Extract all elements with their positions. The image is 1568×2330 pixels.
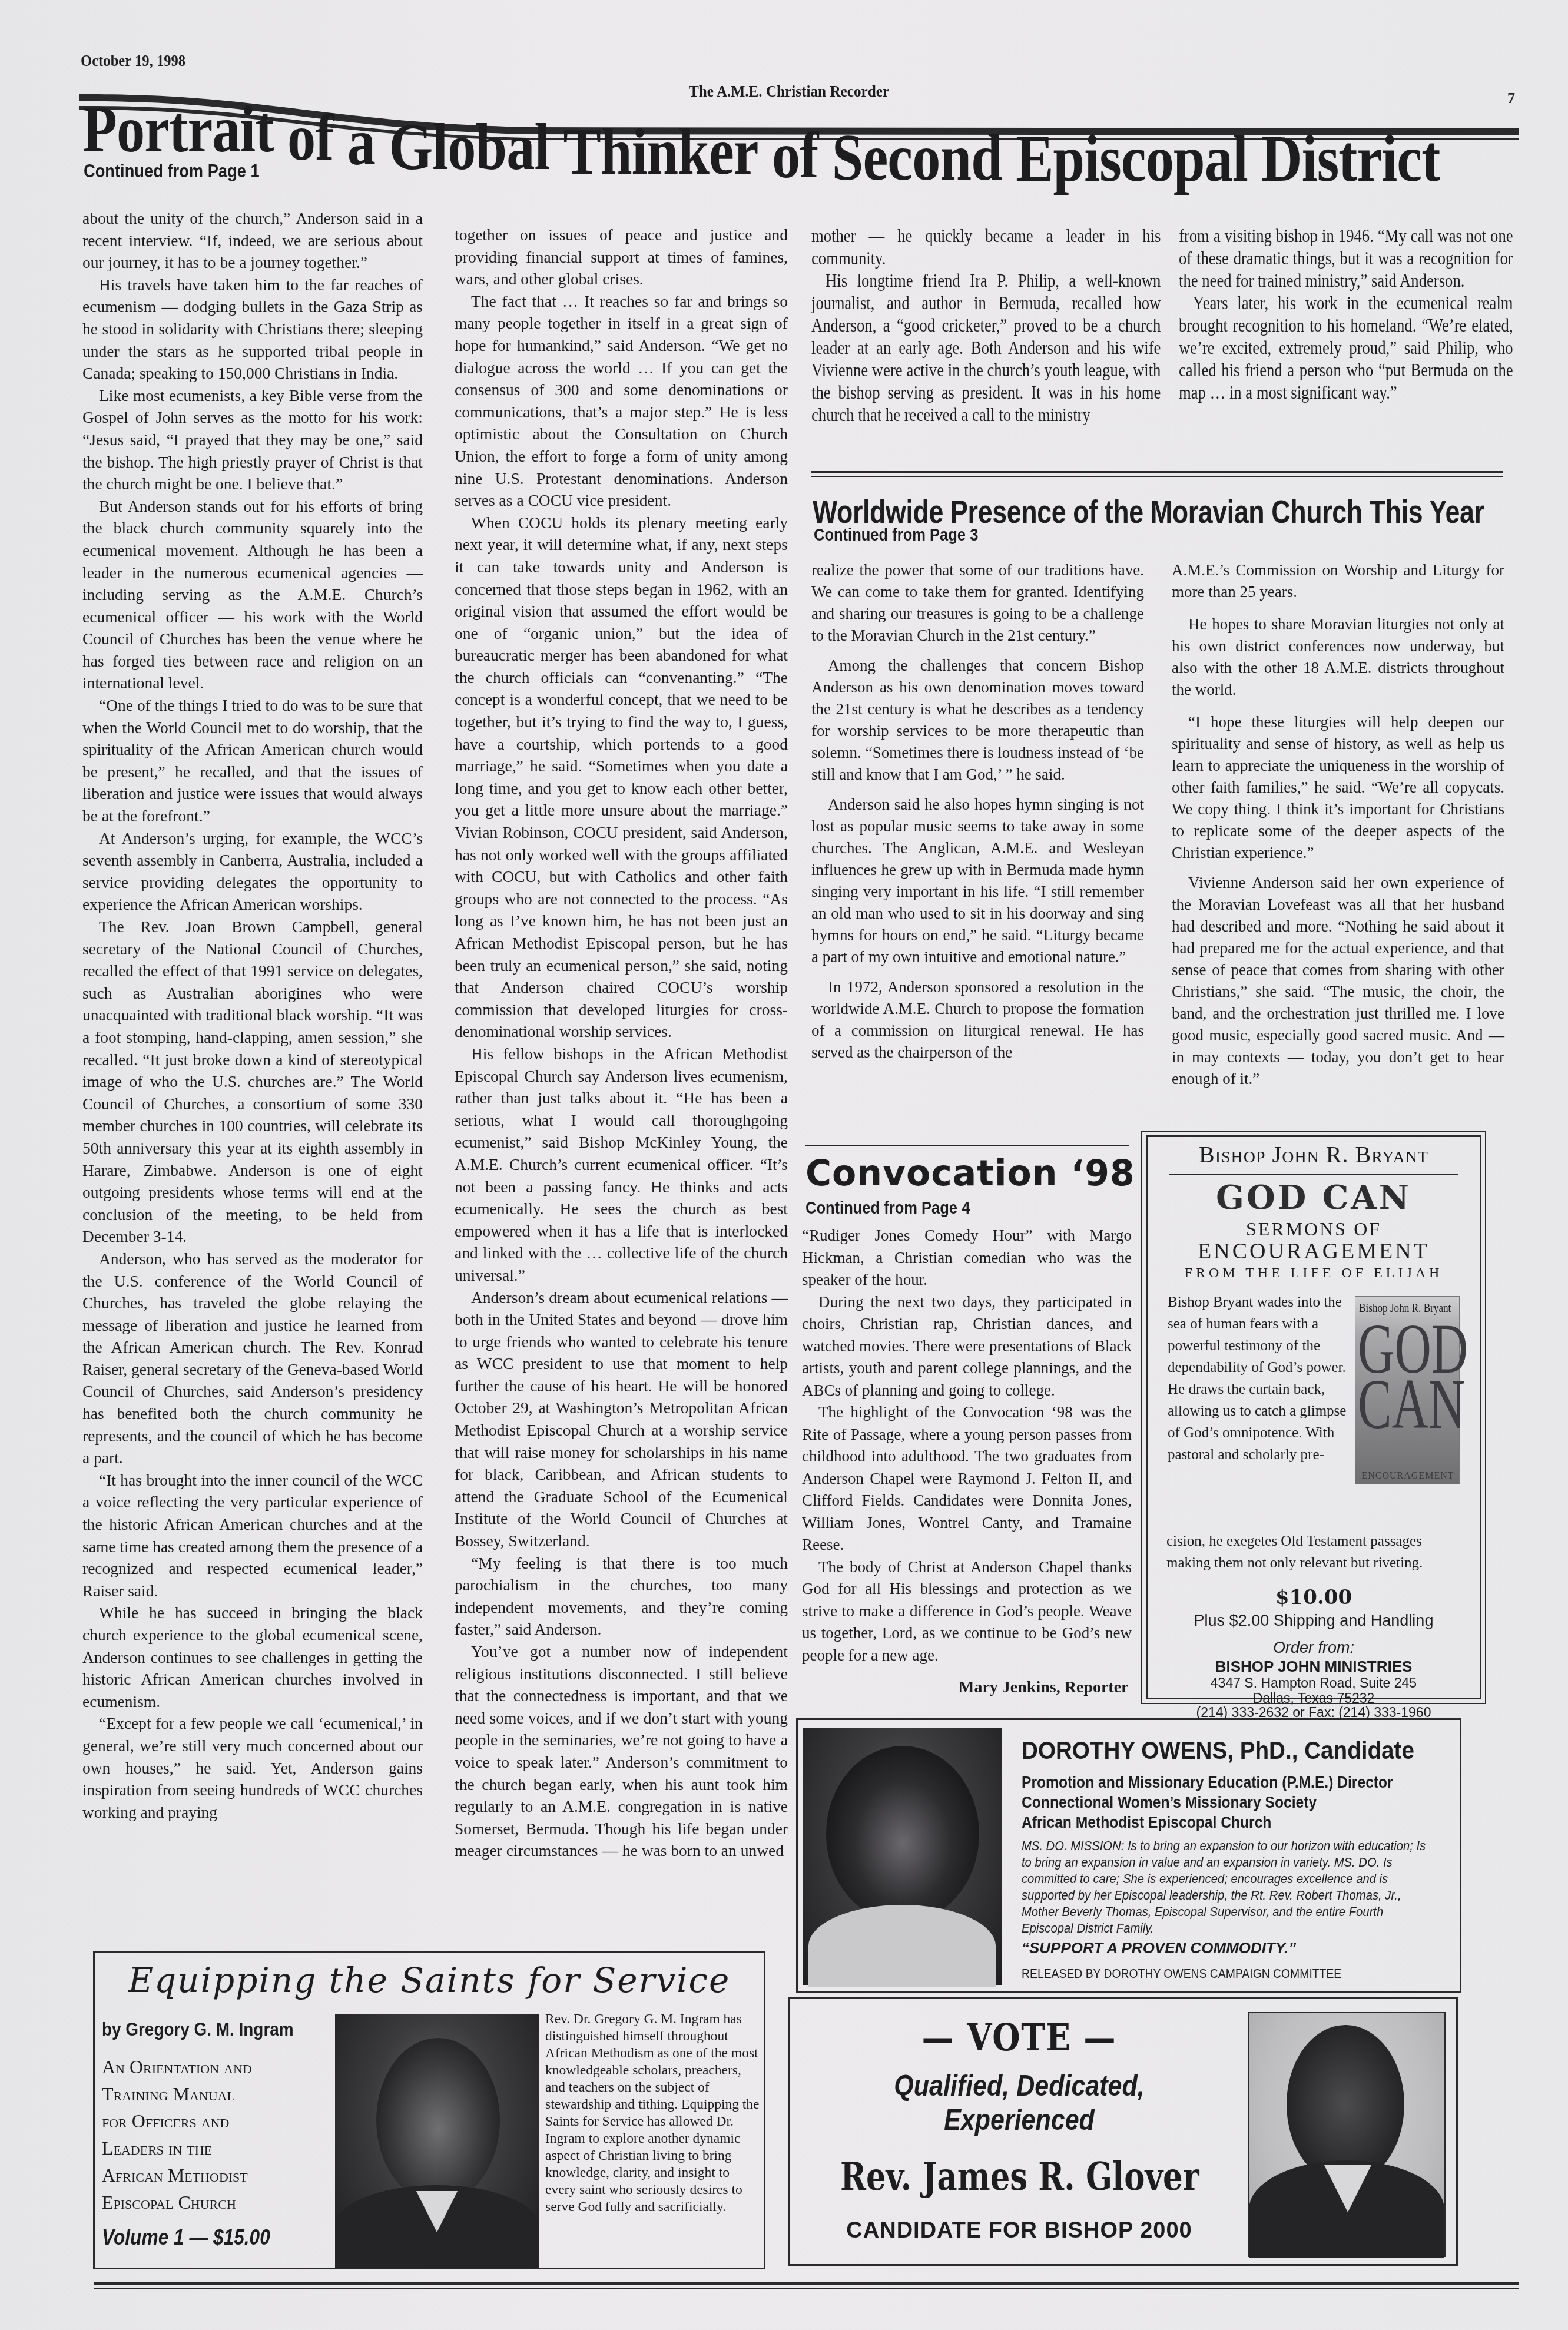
ad-order-label: Order from:	[1148, 1639, 1480, 1657]
newspaper-page: October 19, 1998 The A.M.E. Christian Re…	[0, 0, 1568, 2330]
owens-released-by: RELEASED BY DOROTHY OWENS CAMPAIGN COMMI…	[1022, 1966, 1341, 1981]
convocation-headline: Convocation ‘98	[805, 1153, 1135, 1194]
ad-subtitle-1: SERMONS OF	[1148, 1218, 1480, 1240]
ingram-subtitle-line: Episcopal Church	[102, 2189, 314, 2216]
paragraph: But Anderson stands out for his efforts …	[82, 495, 423, 694]
paragraph: A.M.E.’s Commission on Worship and Litur…	[1172, 559, 1504, 603]
headline-word: Global	[389, 114, 549, 180]
book-cover-title: GOD CAN	[1358, 1321, 1430, 1431]
footer-rule	[94, 2282, 1519, 2285]
paragraph: about the unity of the church,” Anderson…	[82, 207, 423, 274]
ingram-bio: Rev. Dr. Gregory G. M. Ingram has distin…	[545, 2011, 760, 2216]
paragraph: from a visiting bishop in 1946. “My call…	[1179, 225, 1513, 292]
paragraph: In 1972, Anderson sponsored a resolution…	[811, 976, 1144, 1063]
moravian-column-1: realize the power that some of our tradi…	[811, 559, 1144, 1063]
main-article-column-1: about the unity of the church,” Anderson…	[82, 207, 423, 1823]
paragraph: The Rev. Joan Brown Campbell, general se…	[82, 916, 423, 1248]
headline-word: Portrait	[82, 97, 274, 163]
section-divider	[811, 476, 1503, 477]
ingram-subtitle-line: Training Manual	[102, 2080, 314, 2107]
owens-title-line-1: Promotion and Missionary Education (P.M.…	[1022, 1773, 1393, 1792]
glover-portrait-photo	[1248, 2012, 1446, 2257]
bryant-book-ad: Bishop John R. Bryant GOD CAN SERMONS OF…	[1146, 1135, 1481, 1699]
section-divider	[805, 1145, 1129, 1146]
paragraph: The body of Christ at Anderson Chapel th…	[802, 1556, 1132, 1667]
paragraph: The highlight of the Convocation ‘98 was…	[802, 1401, 1132, 1556]
book-cover-footer: ENCOURAGEMENT	[1358, 1471, 1458, 1481]
glover-name: Rev. James R. Glover	[840, 2153, 1198, 2199]
ingram-portrait-photo	[335, 2014, 539, 2265]
owens-title-line-2: Connectional Women’s Missionary Society	[1022, 1793, 1317, 1812]
main-headline: Portrait of a Global Thinker of Second E…	[82, 99, 1313, 165]
paragraph: His longtime friend Ira P. Philip, a wel…	[811, 270, 1161, 426]
ingram-subtitle-line: An Orientation and	[102, 2053, 314, 2080]
ingram-subtitle-line: for Officers and	[102, 2107, 314, 2135]
moravian-column-2: A.M.E.’s Commission on Worship and Litur…	[1172, 559, 1504, 1090]
owens-name: DOROTHY OWENS, PhD., Candidate	[1022, 1736, 1414, 1765]
paragraph: The fact that … It reaches so far and br…	[455, 290, 788, 512]
convocation-body: “Rudiger Jones Comedy Hour” with Margo H…	[802, 1225, 1132, 1666]
glover-tagline-2: Experienced	[822, 2103, 1217, 2137]
headline-word: Thinker	[563, 119, 758, 185]
paragraph: Anderson said he also hopes hymn singing…	[811, 794, 1144, 968]
paragraph: “One of the things I tried to do was to …	[82, 694, 423, 827]
headline-word: District	[1261, 126, 1440, 192]
book-cover-image: Bishop John R. Bryant GOD CAN ENCOURAGEM…	[1355, 1296, 1460, 1484]
ad-description-text: cision, he exegetes Old Testament passag…	[1166, 1530, 1467, 1574]
paragraph: Like most ecumenists, a key Bible verse …	[82, 385, 423, 495]
glover-vote-heading: — VOTE —	[824, 2016, 1215, 2060]
ad-subtitle-2: ENCOURAGEMENT	[1148, 1238, 1480, 1264]
ad-divider	[1169, 1174, 1458, 1175]
ingram-price: Volume 1 — $15.00	[102, 2225, 270, 2250]
headline-word: of	[287, 105, 334, 171]
owens-campaign-ad: DOROTHY OWENS, PhD., Candidate Promotion…	[796, 1718, 1461, 1993]
ad-price: $10.00	[1148, 1586, 1480, 1609]
ad-description: Bishop Bryant wades into the sea of huma…	[1168, 1291, 1350, 1466]
ingram-book-ad: Equipping the Saints for Service by Greg…	[93, 1951, 765, 2269]
convocation-continued-label: Continued from Page 4	[805, 1199, 970, 1218]
headline-word: Second	[832, 125, 1002, 191]
main-article-column-3: mother — he quickly became a leader in h…	[811, 225, 1161, 426]
glover-office: CANDIDATE FOR BISHOP 2000	[795, 2218, 1243, 2243]
paragraph: When COCU holds its plenary meeting earl…	[455, 512, 788, 1043]
paragraph: “It has brought into the inner council o…	[82, 1469, 423, 1602]
glover-campaign-ad: — VOTE — Qualified, Dedicated, Experienc…	[788, 1997, 1458, 2266]
paragraph: Years later, his work in the ecumenical …	[1179, 292, 1513, 404]
ad-description-continued: cision, he exegetes Old Testament passag…	[1166, 1530, 1467, 1574]
glover-tagline-1: Qualified, Dedicated,	[822, 2069, 1217, 2103]
ingram-subtitle-line: African Methodist	[102, 2162, 314, 2189]
headline-word: a	[347, 110, 375, 175]
ingram-subtitle: An Orientation and Training Manual for O…	[102, 2053, 314, 2216]
moravian-continued-label: Continued from Page 3	[814, 526, 978, 545]
main-continued-label: Continued from Page 1	[84, 161, 260, 182]
convocation-byline: Mary Jenkins, Reporter	[959, 1678, 1129, 1697]
paragraph: Vivienne Anderson said her own experienc…	[1172, 872, 1504, 1090]
ad-org-name: BISHOP JOHN MINISTRIES	[1148, 1658, 1480, 1676]
owens-slogan: “SUPPORT A PROVEN COMMODITY.”	[1022, 1939, 1296, 1957]
paragraph: While he has succeed in bringing the bla…	[82, 1602, 423, 1712]
ad-shipping: Plus $2.00 Shipping and Handling	[1148, 1612, 1480, 1630]
paragraph: Among the challenges that concern Bishop…	[811, 655, 1144, 785]
paragraph: You’ve got a number now of independent r…	[455, 1640, 788, 1862]
paragraph: “I hope these liturgies will help deepen…	[1172, 711, 1504, 864]
headline-word: of	[772, 122, 818, 188]
paragraph: Anderson’s dream about ecumenical relati…	[455, 1287, 788, 1552]
headline-word: Episcopal	[1016, 126, 1248, 192]
main-article-column-2: together on issues of peace and justice …	[455, 224, 788, 1862]
paragraph: “Rudiger Jones Comedy Hour” with Margo H…	[802, 1225, 1132, 1291]
paragraph: At Anderson’s urging, for example, the W…	[82, 827, 423, 916]
ingram-subtitle-line: Leaders in the	[102, 2135, 314, 2162]
ad-address-line-2: Dallas, Texas 75232	[1148, 1691, 1480, 1706]
paragraph: “My feeling is that there is too much pa…	[455, 1552, 788, 1640]
ad-subtitle-3: FROM THE LIFE OF ELIJAH	[1148, 1265, 1480, 1281]
moravian-headline: Worldwide Presence of the Moravian Churc…	[813, 492, 1484, 531]
main-article-column-4: from a visiting bishop in 1946. “My call…	[1179, 225, 1513, 404]
paragraph: Anderson, who has served as the moderato…	[82, 1248, 423, 1469]
paragraph: His travels have taken him to the far re…	[82, 274, 423, 385]
owens-portrait-photo	[803, 1728, 1002, 1985]
owens-title-line-3: African Methodist Episcopal Church	[1022, 1813, 1271, 1832]
issue-date: October 19, 1998	[81, 52, 185, 71]
paragraph: He hopes to share Moravian liturgies not…	[1172, 614, 1504, 701]
ad-address-line-1: 4347 S. Hampton Road, Suite 245	[1148, 1675, 1480, 1691]
owens-mission: MS. DO. MISSION: Is to bring an expansio…	[1022, 1838, 1428, 1937]
ingram-author: by Gregory G. M. Ingram	[102, 2019, 294, 2040]
footer-rule	[94, 2288, 1519, 2289]
section-divider	[811, 471, 1503, 473]
ingram-book-title: Equipping the Saints for Service	[95, 1960, 764, 2000]
paragraph: mother — he quickly became a leader in h…	[811, 225, 1161, 270]
ad-book-title: GOD CAN	[1148, 1178, 1480, 1217]
paragraph: His fellow bishops in the African Method…	[455, 1043, 788, 1287]
paragraph: “Except for a few people we call ‘ecumen…	[82, 1712, 423, 1823]
paragraph: together on issues of peace and justice …	[455, 224, 788, 290]
paragraph: During the next two days, they participa…	[802, 1291, 1132, 1402]
ad-author: Bishop John R. Bryant	[1148, 1141, 1480, 1168]
ad-description-text: Bishop Bryant wades into the sea of huma…	[1168, 1291, 1350, 1466]
paragraph: realize the power that some of our tradi…	[811, 559, 1144, 647]
